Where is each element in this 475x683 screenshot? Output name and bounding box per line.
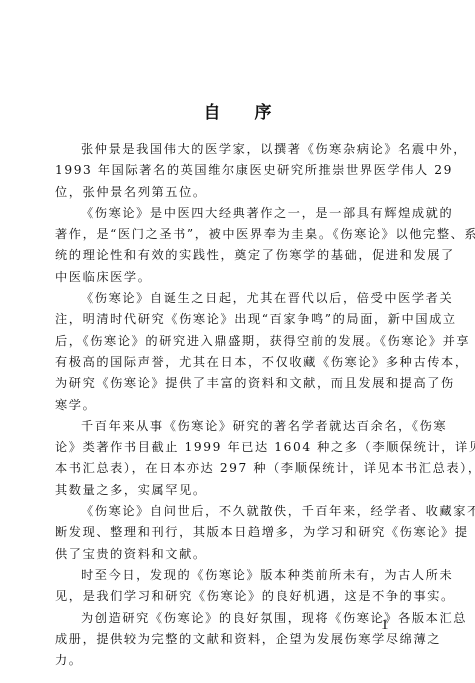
text-line: 《伤寒论》是中医四大经典著作之一，是一部具有辉煌成就的 [55, 203, 420, 224]
text-line: 为研究《伤寒论》提供了丰富的资料和文献，而且发展和提高了伤 [55, 373, 420, 394]
text-line: 后，《伤寒论》的研究进入鼎盛期，获得空前的发展。《伤寒论》并享 [55, 331, 420, 352]
text-line: 1993 年国际著名的英国维尔康医史研究所推崇世界医学伟人 29 [55, 160, 420, 181]
text-line: 注，明清时代研究《伤寒论》出现“百家争鸣”的局面，新中国成立 [55, 309, 420, 330]
text-line: 统的理论性和有效的实践性，奠定了伤寒学的基础，促进和发展了 [55, 245, 420, 266]
text-line: 其数量之多，实属罕见。 [55, 480, 420, 501]
text-line: 著作，是“医门之圣书”，被中医界奉为圭臬。《伤寒论》以他完整、系 [55, 224, 420, 245]
text-line: 千百年来从事《伤寒论》研究的著名学者就达百余名，《伤寒 [55, 416, 420, 437]
text-line: 位，张仲景名列第五位。 [55, 182, 420, 203]
text-line: 寒学。 [55, 395, 420, 416]
text-line: 《伤寒论》自诞生之日起，尤其在晋代以后，倍受中医学者关 [55, 288, 420, 309]
text-line: 论》类著作书目截止 1999 年已达 1604 种之多（李顺保统计，详见 [55, 437, 420, 458]
text-line: 张仲景是我国伟大的医学家，以撰著《伤寒杂病论》名震中外， [55, 139, 420, 160]
document-page: 自序 张仲景是我国伟大的医学家，以撰著《伤寒杂病论》名震中外， 1993 年国际… [0, 0, 475, 683]
title-char-2: 序 [255, 98, 272, 123]
text-line: 成册，提供较为完整的文献和资料，企望为发展伤寒学尽绵薄之 [55, 629, 420, 650]
text-line: 断发现、整理和刊行，其版本日趋增多，为学习和研究《伤寒论》提 [55, 522, 420, 543]
page-title: 自序 [0, 98, 475, 123]
text-line: 为创造研究《伤寒论》的良好氛围，现将《伤寒论》各版本汇总 [55, 608, 420, 629]
text-line: 本书汇总表），在日本亦达 297 种（李顺保统计，详见本书汇总表）， [55, 458, 420, 479]
text-line: 力。 [55, 650, 420, 671]
preface-body: 张仲景是我国伟大的医学家，以撰著《伤寒杂病论》名震中外， 1993 年国际著名的… [55, 139, 420, 671]
text-line: 供了宝贵的资料和文献。 [55, 544, 420, 565]
text-line: 中医临床医学。 [55, 267, 420, 288]
text-line: 时至今日，发现的《伤寒论》版本种类前所未有，为古人所未 [55, 565, 420, 586]
text-line: 有极高的国际声誉，尤其在日本，不仅收藏《伤寒论》多种古传本， [55, 352, 420, 373]
text-line: 《伤寒论》自问世后，不久就散佚，千百年来，经学者、收藏家不 [55, 501, 420, 522]
text-line: 见，是我们学习和研究《伤寒论》的良好机遇，这是不争的事实。 [55, 586, 420, 607]
page-number: 1 [381, 617, 389, 634]
title-char-1: 自 [204, 98, 221, 123]
